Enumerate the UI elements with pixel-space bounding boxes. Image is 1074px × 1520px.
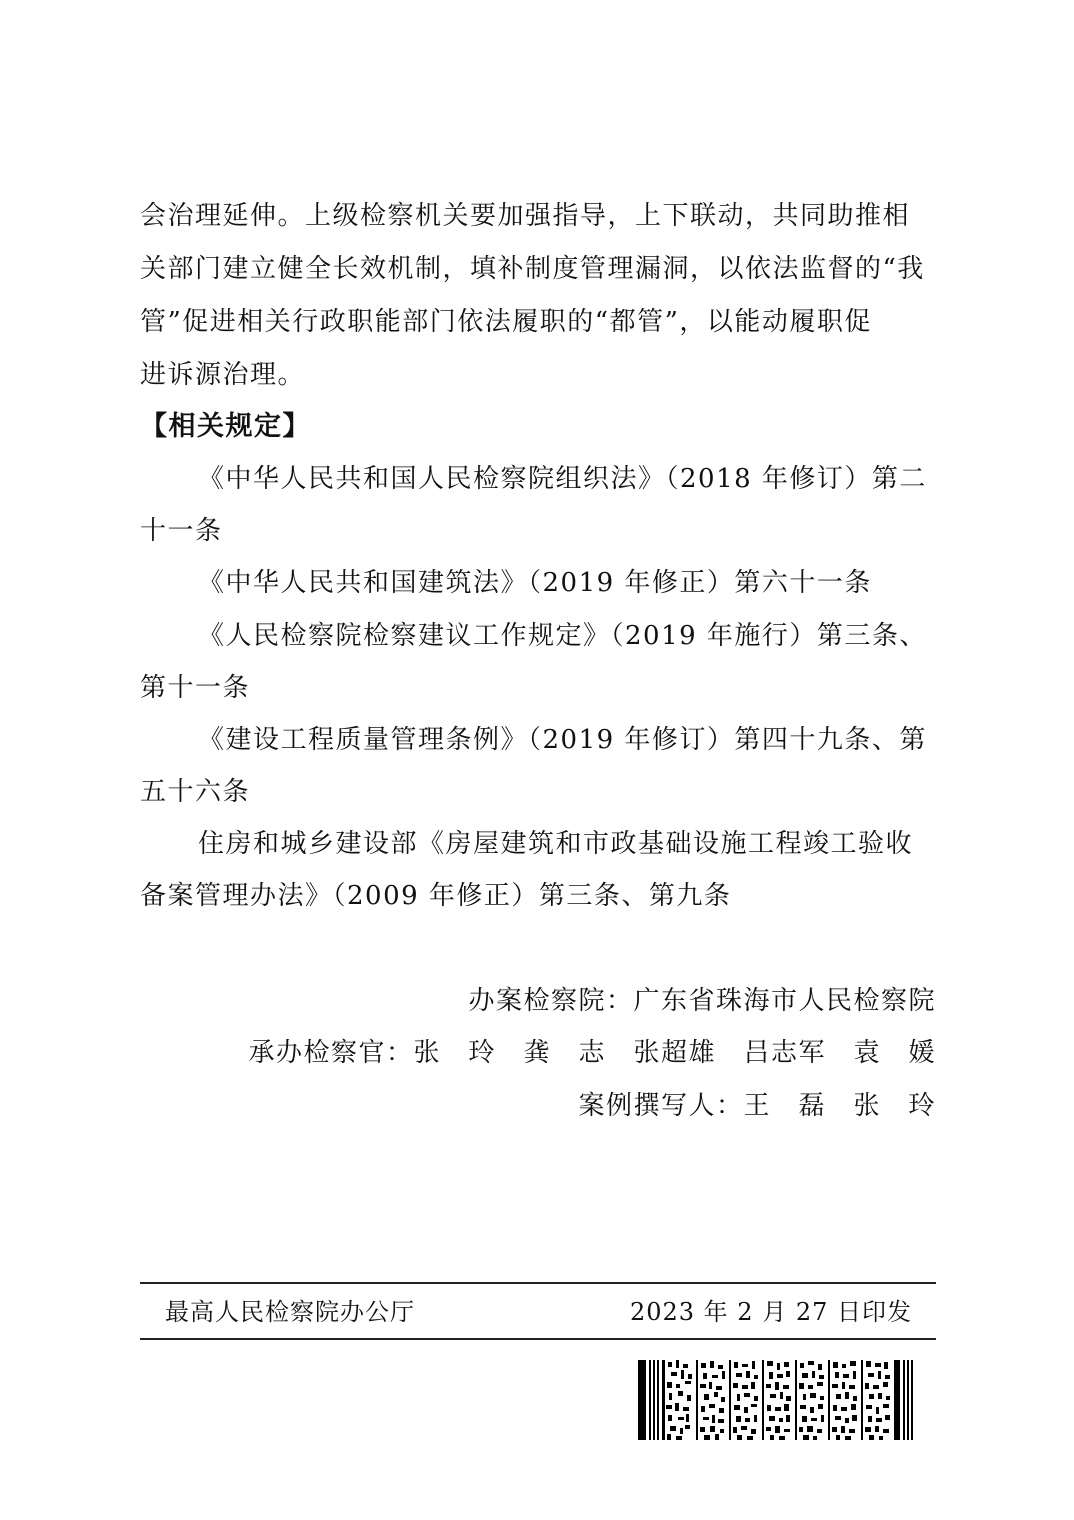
authors-signature: 案例撰写人：王 磊 张 玲 xyxy=(140,1080,936,1132)
paragraph-line: 进诉源治理。 xyxy=(140,349,940,401)
pdf417-barcode-icon xyxy=(638,1360,916,1440)
regulation-item: 《中华人民共和国建筑法》（2019 年修正）第六十一条 xyxy=(198,557,998,609)
regulation-item: 《建设工程质量管理条例》（2019 年修订）第四十九条、第 xyxy=(198,714,998,766)
section-heading: 【相关规定】 xyxy=(140,401,940,453)
footer-top-rule xyxy=(140,1282,936,1284)
regulation-item-continued: 十一条 xyxy=(140,505,940,557)
paragraph-line: 会治理延伸。上级检察机关要加强指导，上下联动，共同助推相 xyxy=(140,190,940,242)
prosecutors-signature: 承办检察官：张 玲 龚 志 张超雄 吕志军 袁 媛 xyxy=(140,1027,936,1079)
regulation-item-continued: 五十六条 xyxy=(140,766,940,818)
regulation-item: 《人民检察院检察建议工作规定》（2019 年施行）第三条、 xyxy=(198,610,998,662)
regulation-item: 住房和城乡建设部《房屋建筑和市政基础设施工程竣工验收 xyxy=(198,818,998,870)
footer-bottom-rule xyxy=(140,1338,936,1340)
regulation-item-continued: 备案管理办法》（2009 年修正）第三条、第九条 xyxy=(140,870,940,922)
procuratorate-signature: 办案检察院：广东省珠海市人民检察院 xyxy=(140,975,936,1027)
regulation-item-continued: 第十一条 xyxy=(140,662,940,714)
paragraph-line: 管”促进相关行政职能部门依法履职的“都管”，以能动履职促 xyxy=(140,296,940,348)
footer-issuer: 最高人民检察院办公厅 xyxy=(165,1292,415,1332)
paragraph-line: 关部门建立健全长效机制，填补制度管理漏洞，以依法监督的“我 xyxy=(140,243,940,295)
regulation-item: 《中华人民共和国人民检察院组织法》（2018 年修订）第二 xyxy=(198,453,998,505)
footer-date: 2023 年 2 月 27 日印发 xyxy=(630,1292,912,1332)
